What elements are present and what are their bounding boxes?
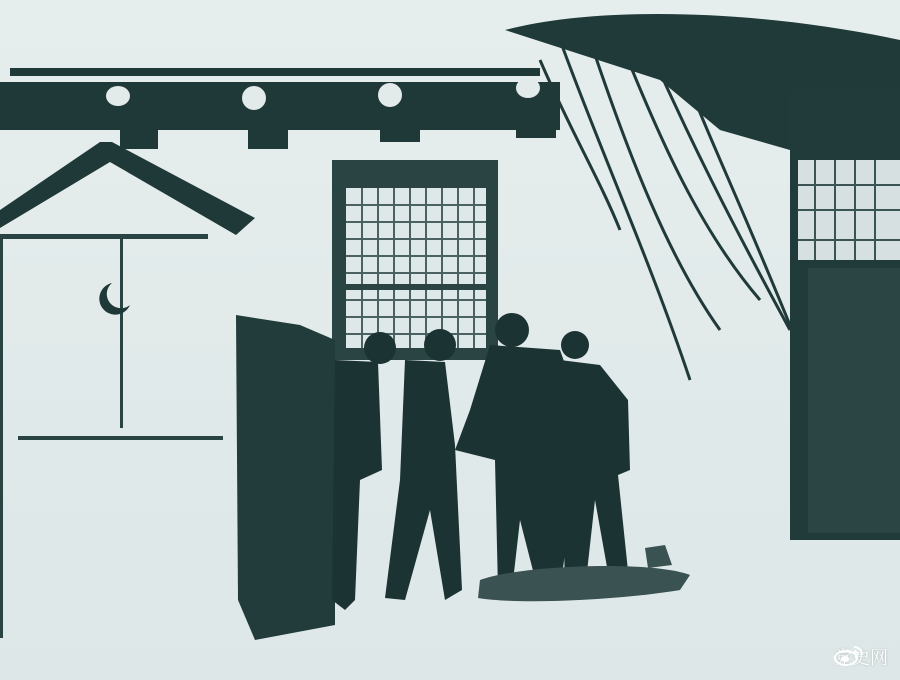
weibo-icon [834, 644, 864, 666]
watermark: 党史网 [834, 644, 888, 670]
lattice-window [332, 160, 498, 360]
right-door [808, 268, 900, 533]
historical-photo: 党史网 [0, 0, 900, 680]
open-doorway [236, 315, 335, 640]
photo-scene [0, 0, 900, 680]
